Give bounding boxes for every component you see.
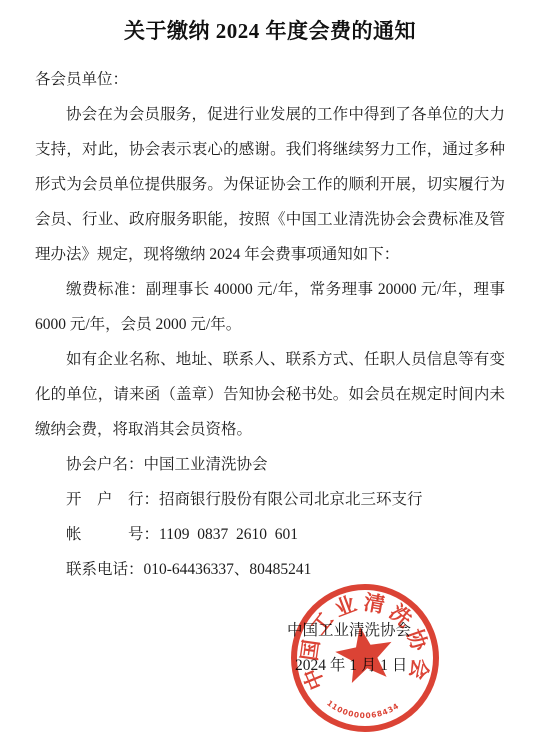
bank-account-name-label: 协会户名： (66, 456, 144, 473)
notice-document: 关于缴纳 2024 年度会费的通知 各会员单位： 协会在为会员服务，促进行业发展… (0, 0, 539, 739)
contact-phone-label: 联系电话： (66, 561, 144, 578)
paragraph-change-info: 如有企业名称、地址、联系人、联系方式、任职人员信息等有变化的单位，请来函（盖章）… (35, 342, 505, 447)
bank-account-name-value: 中国工业清洗协会 (144, 456, 268, 473)
seal-star-icon (332, 622, 398, 685)
svg-text:1100000068434: 1100000068434 (325, 698, 400, 720)
bank-account-number-value: 1109 0837 2610 601 (159, 526, 298, 543)
bank-branch-line: 开 户 行：招商银行股份有限公司北京北三环支行 (35, 482, 505, 517)
paragraph-fee-standard: 缴费标准：副理事长 40000 元/年，常务理事 20000 元/年，理事 60… (35, 272, 505, 342)
bank-account-number-label: 帐 号： (66, 526, 159, 543)
bank-branch-value: 招商银行股份有限公司北京北三环支行 (159, 491, 423, 508)
bank-account-number-line: 帐 号：1109 0837 2610 601 (35, 517, 505, 552)
paragraph-intro: 协会在为会员服务，促进行业发展的工作中得到了各单位的大力支持，对此，协会表示衷心… (35, 97, 505, 272)
seal-icon: 中国工业清洗协会 1100000068434 (285, 578, 445, 738)
contact-phone-value: 010-64436337、80485241 (144, 561, 312, 578)
seal-serial-number: 1100000068434 (325, 698, 400, 720)
official-seal-stamp: 中国工业清洗协会 1100000068434 (285, 578, 445, 738)
salutation: 各会员单位： (35, 62, 505, 97)
page-title: 关于缴纳 2024 年度会费的通知 (35, 16, 505, 46)
bank-branch-label: 开 户 行： (66, 491, 159, 508)
bank-account-name-line: 协会户名：中国工业清洗协会 (35, 447, 505, 482)
